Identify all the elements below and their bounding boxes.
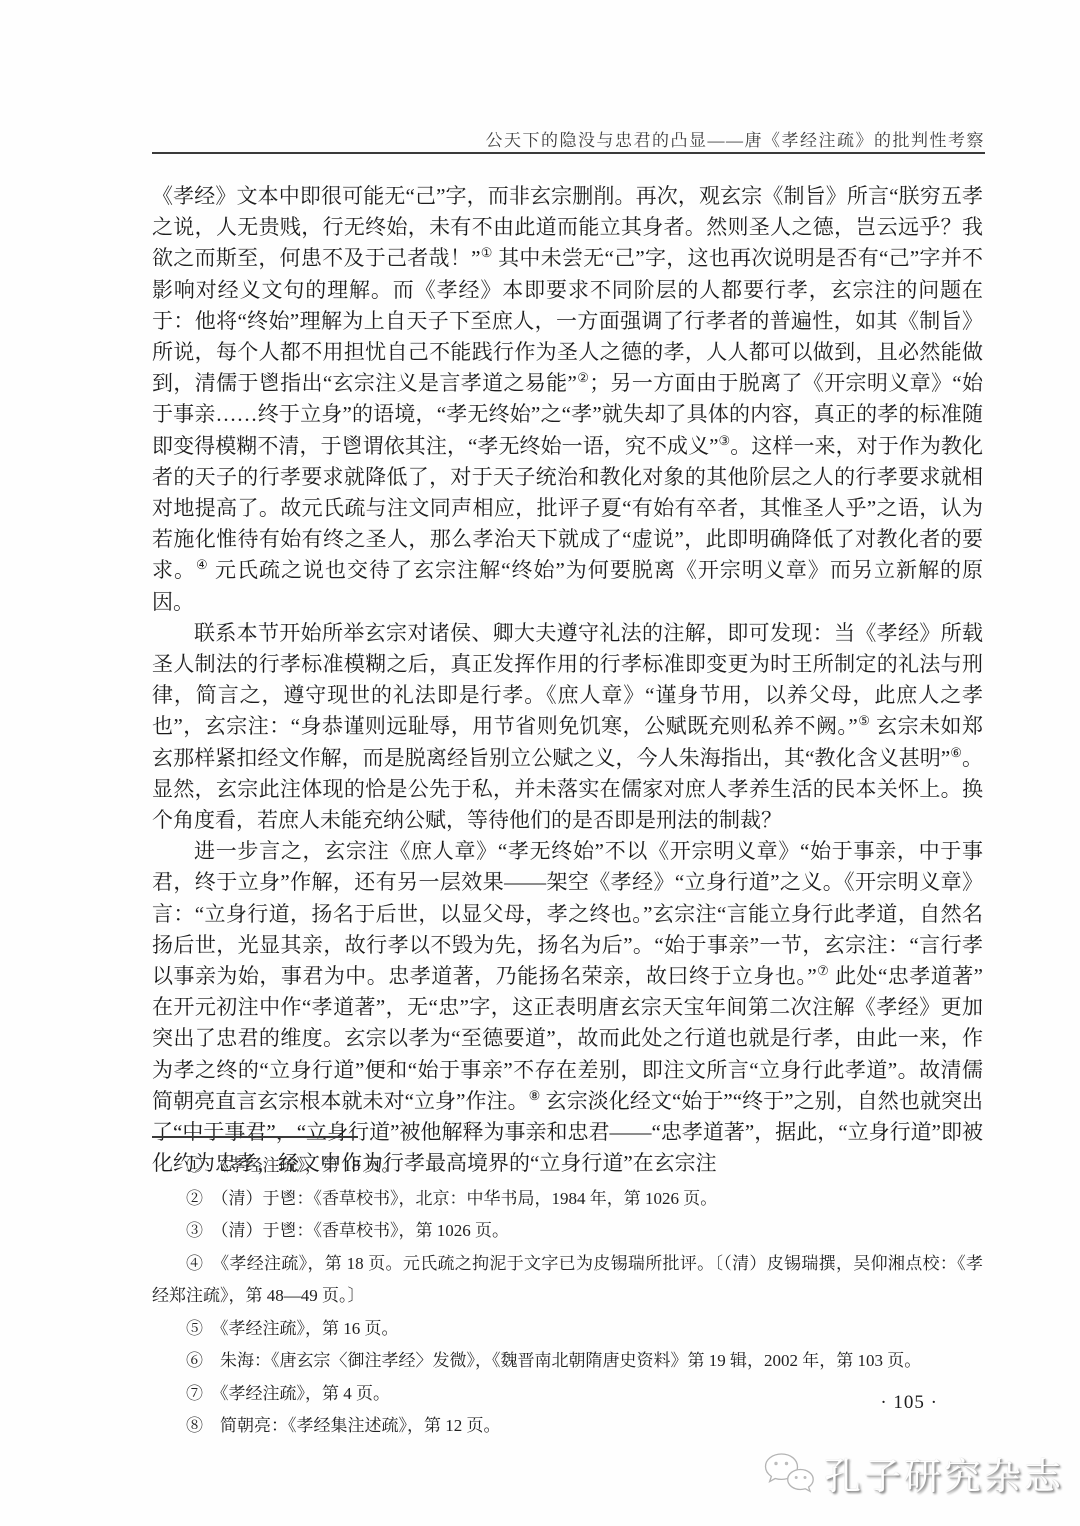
body-paragraph-2: 联系本节开始所举玄宗对诸侯、卿大夫遵守礼法的注解，即可发现：当《孝经》所载圣人制…	[152, 618, 983, 836]
article-body: 《孝经》文本中即很可能无“己”字，而非玄宗删削。再次，观玄宗《制旨》所言“朕穷五…	[152, 181, 983, 1180]
page-number: · 105 ·	[152, 1392, 938, 1414]
footnote-2: ② （清）于鬯：《香草校书》，北京：中华书局，1984 年，第 1026 页。	[152, 1183, 983, 1216]
watermark-text: 孔子研究杂志	[824, 1446, 1064, 1500]
footnote-3: ③ （清）于鬯：《香草校书》，第 1026 页。	[152, 1215, 983, 1248]
footnote-5: ⑤ 《孝经注疏》，第 16 页。	[152, 1313, 983, 1346]
footnote-6: ⑥ 朱海：《唐玄宗〈御注孝经〉发微》，《魏晋南北朝隋唐史资料》第 19 辑，20…	[152, 1345, 983, 1378]
header-rule	[152, 152, 985, 154]
footnote-divider	[152, 1136, 358, 1138]
body-paragraph-3: 进一步言之，玄宗注《庶人章》“孝无终始”不以《开宗明义章》“始于事亲，中于事君，…	[152, 836, 983, 1179]
document-page: 公天下的隐没与忠君的凸显——唐《孝经注疏》的批判性考察 《孝经》文本中即很可能无…	[0, 0, 1080, 1526]
running-header-title: 公天下的隐没与忠君的凸显——唐《孝经注疏》的批判性考察	[152, 126, 985, 151]
footnote-1: ① 《孝经注疏》，第 18 页。	[152, 1150, 983, 1183]
body-paragraph-1: 《孝经》文本中即很可能无“己”字，而非玄宗删削。再次，观玄宗《制旨》所言“朕穷五…	[152, 181, 983, 618]
footnote-8: ⑧ 简朝亮：《孝经集注述疏》，第 12 页。	[152, 1410, 983, 1443]
wechat-logo-icon	[762, 1448, 816, 1498]
footnote-4: ④ 《孝经注疏》，第 18 页。元氏疏之拘泥于文字已为皮锡瑞所批评。〔（清）皮锡…	[152, 1248, 983, 1313]
journal-watermark: 孔子研究杂志	[762, 1446, 1064, 1500]
